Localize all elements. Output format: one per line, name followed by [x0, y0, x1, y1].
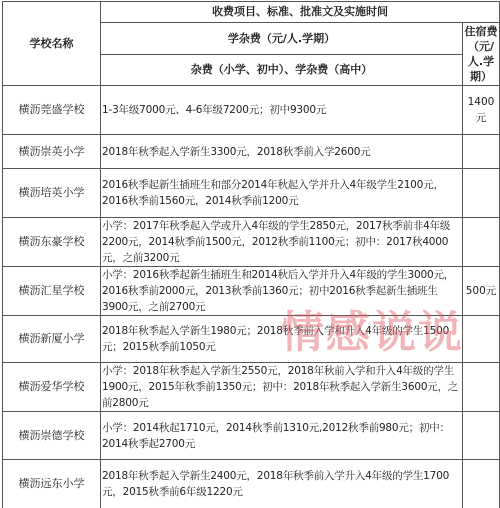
school-name: 横沥远东小学 [3, 460, 101, 508]
school-name: 横沥汇星学校 [3, 267, 101, 316]
fee-detail: 2018年秋季起入学新生1980元；2018秋季前入学和升入4年级的学生1500… [101, 316, 463, 363]
table-row: 横沥远东小学 2018年秋季起入学新生2400元，2018年秋季前入学升入4年级… [3, 460, 500, 508]
table-row: 横沥东豪学校 小学：2017年秋季起入学或升入4年级的学生2850元，2017秋… [3, 218, 500, 267]
school-name: 横沥崇英小学 [3, 135, 101, 169]
table-row: 横沥新厦小学 2018年秋季起入学新生1980元；2018秋季前入学和升入4年级… [3, 316, 500, 363]
table-row: 横沥崇德学校 小学：2014秋起1710元，2014秋季前1310元,2012秋… [3, 412, 500, 460]
fee-detail: 小学：2016秋季起新生插班生和2014秋后入学并升入4年级的学生3000元，2… [101, 267, 463, 316]
school-name: 横沥培英小学 [3, 169, 101, 218]
dorm-fee [463, 363, 500, 412]
fee-detail: 小学：2018年秋季起入学新生2550元，2018年秋前入学和升入4年级的学生1… [101, 363, 463, 412]
school-name: 横沥新厦小学 [3, 316, 101, 363]
fee-detail: 2018年秋季起入学新生3300元，2018秋季前入学2600元 [101, 135, 463, 169]
table-row: 横沥培英小学 2016秋季起新生插班生和部分2014年秋起入学并升入4年级学生2… [3, 169, 500, 218]
dorm-fee: 500元 [463, 267, 500, 316]
header-tuition-title: 学杂费（元/人.学期） [101, 23, 463, 55]
table-row: 横沥崇英小学 2018年秋季起入学新生3300元，2018秋季前入学2600元 [3, 135, 500, 169]
school-name: 横沥东豪学校 [3, 218, 101, 267]
school-name: 横沥爱华学校 [3, 363, 101, 412]
fee-detail: 小学：2017年秋季起入学或升入4年级的学生2850元，2017秋季前非4年级2… [101, 218, 463, 267]
fee-detail: 2016秋季起新生插班生和部分2014年秋起入学并升入4年级学生2100元，20… [101, 169, 463, 218]
dorm-fee: 1400元 [463, 86, 500, 135]
school-name: 横沥莞盛学校 [3, 86, 101, 135]
dorm-fee [463, 460, 500, 508]
dorm-fee [463, 218, 500, 267]
header-school-name: 学校名称 [3, 2, 101, 86]
fee-table: 学校名称 收费项目、标准、批准文及实施时间 学杂费（元/人.学期） 住宿费（元/… [2, 1, 500, 508]
fee-detail: 小学：2014秋起1710元，2014秋季前1310元,2012秋季前980元；… [101, 412, 463, 460]
dorm-fee [463, 316, 500, 363]
school-name: 横沥崇德学校 [3, 412, 101, 460]
header-tuition-subtitle: 杂费（小学、初中）、学杂费（高中） [101, 55, 463, 86]
table-row: 横沥爱华学校 小学：2018年秋季起入学新生2550元，2018年秋前入学和升入… [3, 363, 500, 412]
dorm-fee [463, 169, 500, 218]
fee-detail: 2018年秋季起入学新生2400元，2018年秋季前入学升入4年级的学生1700… [101, 460, 463, 508]
table-row: 横沥莞盛学校 1-3年级7000元、4-6年级7200元；初中9300元 140… [3, 86, 500, 135]
dorm-fee [463, 412, 500, 460]
header-top-title: 收费项目、标准、批准文及实施时间 [101, 2, 500, 23]
header-dorm-title: 住宿费（元/人.学期） [463, 23, 500, 86]
fee-detail: 1-3年级7000元、4-6年级7200元；初中9300元 [101, 86, 463, 135]
table-row: 横沥汇星学校 小学：2016秋季起新生插班生和2014秋后入学并升入4年级的学生… [3, 267, 500, 316]
dorm-fee [463, 135, 500, 169]
